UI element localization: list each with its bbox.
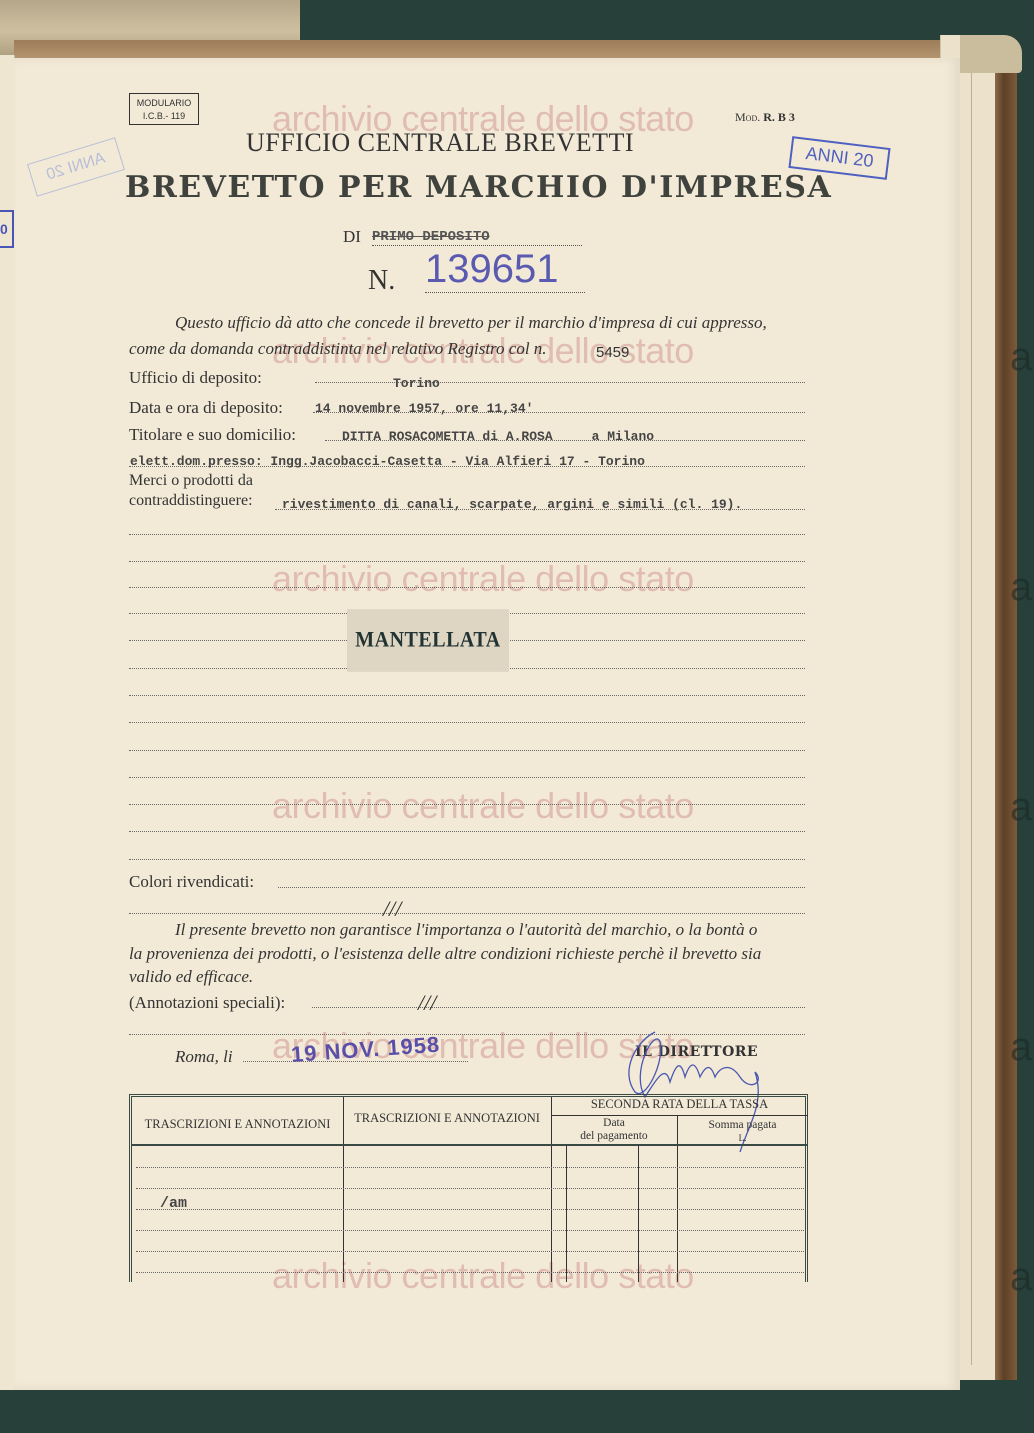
ufficio-label: Ufficio di deposito: <box>129 368 262 388</box>
place-label: Roma, li <box>175 1047 233 1067</box>
merci-label-1: Merci o prodotti da <box>129 472 253 490</box>
folder-spine <box>995 40 1017 1380</box>
di-label: DI <box>343 227 361 247</box>
watermark-fragment: a <box>1010 1255 1032 1300</box>
blank-line <box>129 587 805 588</box>
disclaimer-line-1: Il presente brevetto non garantisce l'im… <box>175 920 757 940</box>
annotazioni-line <box>312 1007 805 1008</box>
intro-line-1: Questo ufficio dà atto che concede il br… <box>175 313 767 333</box>
trademark-label: MANTELLATA <box>347 609 509 672</box>
patent-number: 139651 <box>425 247 585 293</box>
deposit-type-struck: PRIMO DEPOSITO <box>372 229 582 246</box>
merci-label-2: contraddistinguere: <box>129 492 253 510</box>
folder-corner <box>960 35 1022 73</box>
group-header-seconda-rata: SECONDA RATA DELLA TASSA <box>551 1097 808 1112</box>
titolare-value-2: elett.dom.presso: Ingg.Jacobacci-Casetta… <box>130 454 645 469</box>
table-row-line <box>136 1230 804 1231</box>
colori-line-2 <box>129 913 805 914</box>
col-header-transcriptions-1: TRASCRIZIONI E ANNOTAZIONI <box>132 1117 343 1132</box>
watermark: archivio centrale dello stato <box>272 558 694 600</box>
titolare-label: Titolare e suo domicilio: <box>129 425 296 445</box>
ufficio-line <box>315 382 805 383</box>
subheader-data-line1: Data <box>551 1117 677 1130</box>
disclaimer-line-3: valido ed efficace. <box>129 967 253 987</box>
table-row-line <box>136 1251 804 1252</box>
annotazioni-label: (Annotazioni speciali): <box>129 993 285 1013</box>
previous-page-edge: 0 <box>0 55 15 1390</box>
watermark-fragment: a <box>1010 1025 1032 1070</box>
group-divider <box>551 1115 808 1116</box>
office-name: UFFICIO CENTRALE BREVETTI <box>246 128 634 157</box>
data-label: Data e ora di deposito: <box>129 398 283 418</box>
document-title: BREVETTO PER MARCHIO D'IMPRESA <box>125 170 832 205</box>
table-row-line <box>136 1272 804 1273</box>
blank-line <box>129 777 805 778</box>
ufficio-value: Torino <box>393 376 440 391</box>
subheader-data: Data del pagamento <box>551 1117 677 1143</box>
blank-line <box>129 695 805 696</box>
blank-line <box>129 561 805 562</box>
colori-line <box>278 887 805 888</box>
modulario-line2: I.C.B.- 119 <box>130 110 198 123</box>
data-value: 14 novembre 1957, ore 11,34' <box>315 401 533 416</box>
col-header-transcriptions-2: TRASCRIZIONI E ANNOTAZIONI <box>343 1111 551 1126</box>
model-prefix: Mod. <box>735 110 760 124</box>
subheader-somma: Somma pagata L. <box>677 1119 808 1145</box>
table-row-line <box>136 1167 804 1168</box>
table-row-line <box>136 1188 804 1189</box>
subheader-somma-line2: L. <box>677 1132 808 1145</box>
blank-line <box>129 831 805 832</box>
annotazioni-value: /// <box>418 990 436 1016</box>
disclaimer-line-2: la provenienza dei prodotti, o l'esisten… <box>129 944 761 964</box>
transcriptions-table: TRASCRIZIONI E ANNOTAZIONI TRASCRIZIONI … <box>129 1094 808 1282</box>
office-heading: UFFICIO CENTRALE BREVETTI <box>0 128 930 158</box>
blank-line <box>129 534 805 535</box>
number-label: N. <box>368 265 395 297</box>
modulario-line1: MODULARIO <box>130 97 198 110</box>
intro-line-2: come da domanda contraddistinta nel rela… <box>129 339 547 359</box>
blank-line <box>129 804 805 805</box>
watermark: archivio centrale dello stato <box>272 785 694 827</box>
registro-number: 5459 <box>596 344 629 361</box>
titolare-value: DITTA ROSACOMETTA di A.ROSA a Milano <box>342 429 654 444</box>
model-code-value: R. B 3 <box>763 110 795 124</box>
table-entry: /am <box>160 1195 187 1212</box>
watermark-fragment: a <box>1010 565 1032 610</box>
merci-value: rivestimento di canali, scarpate, argini… <box>282 497 742 512</box>
blank-line <box>129 722 805 723</box>
modulario-box: MODULARIO I.C.B.- 119 <box>129 93 199 125</box>
table-row-line <box>136 1209 804 1210</box>
blank-line <box>129 859 805 860</box>
colori-value: /// <box>383 896 401 922</box>
subheader-data-line2: del pagamento <box>551 1130 677 1143</box>
subheader-somma-line1: Somma pagata <box>677 1119 808 1132</box>
folder-edge <box>14 40 999 60</box>
watermark-fragment: a <box>1010 335 1032 380</box>
blank-line <box>129 750 805 751</box>
stamp-fragment: 0 <box>0 210 14 248</box>
model-code: Mod. R. B 3 <box>735 110 795 125</box>
colori-label: Colori rivendicati: <box>129 872 254 892</box>
watermark-fragment: a <box>1010 785 1032 830</box>
